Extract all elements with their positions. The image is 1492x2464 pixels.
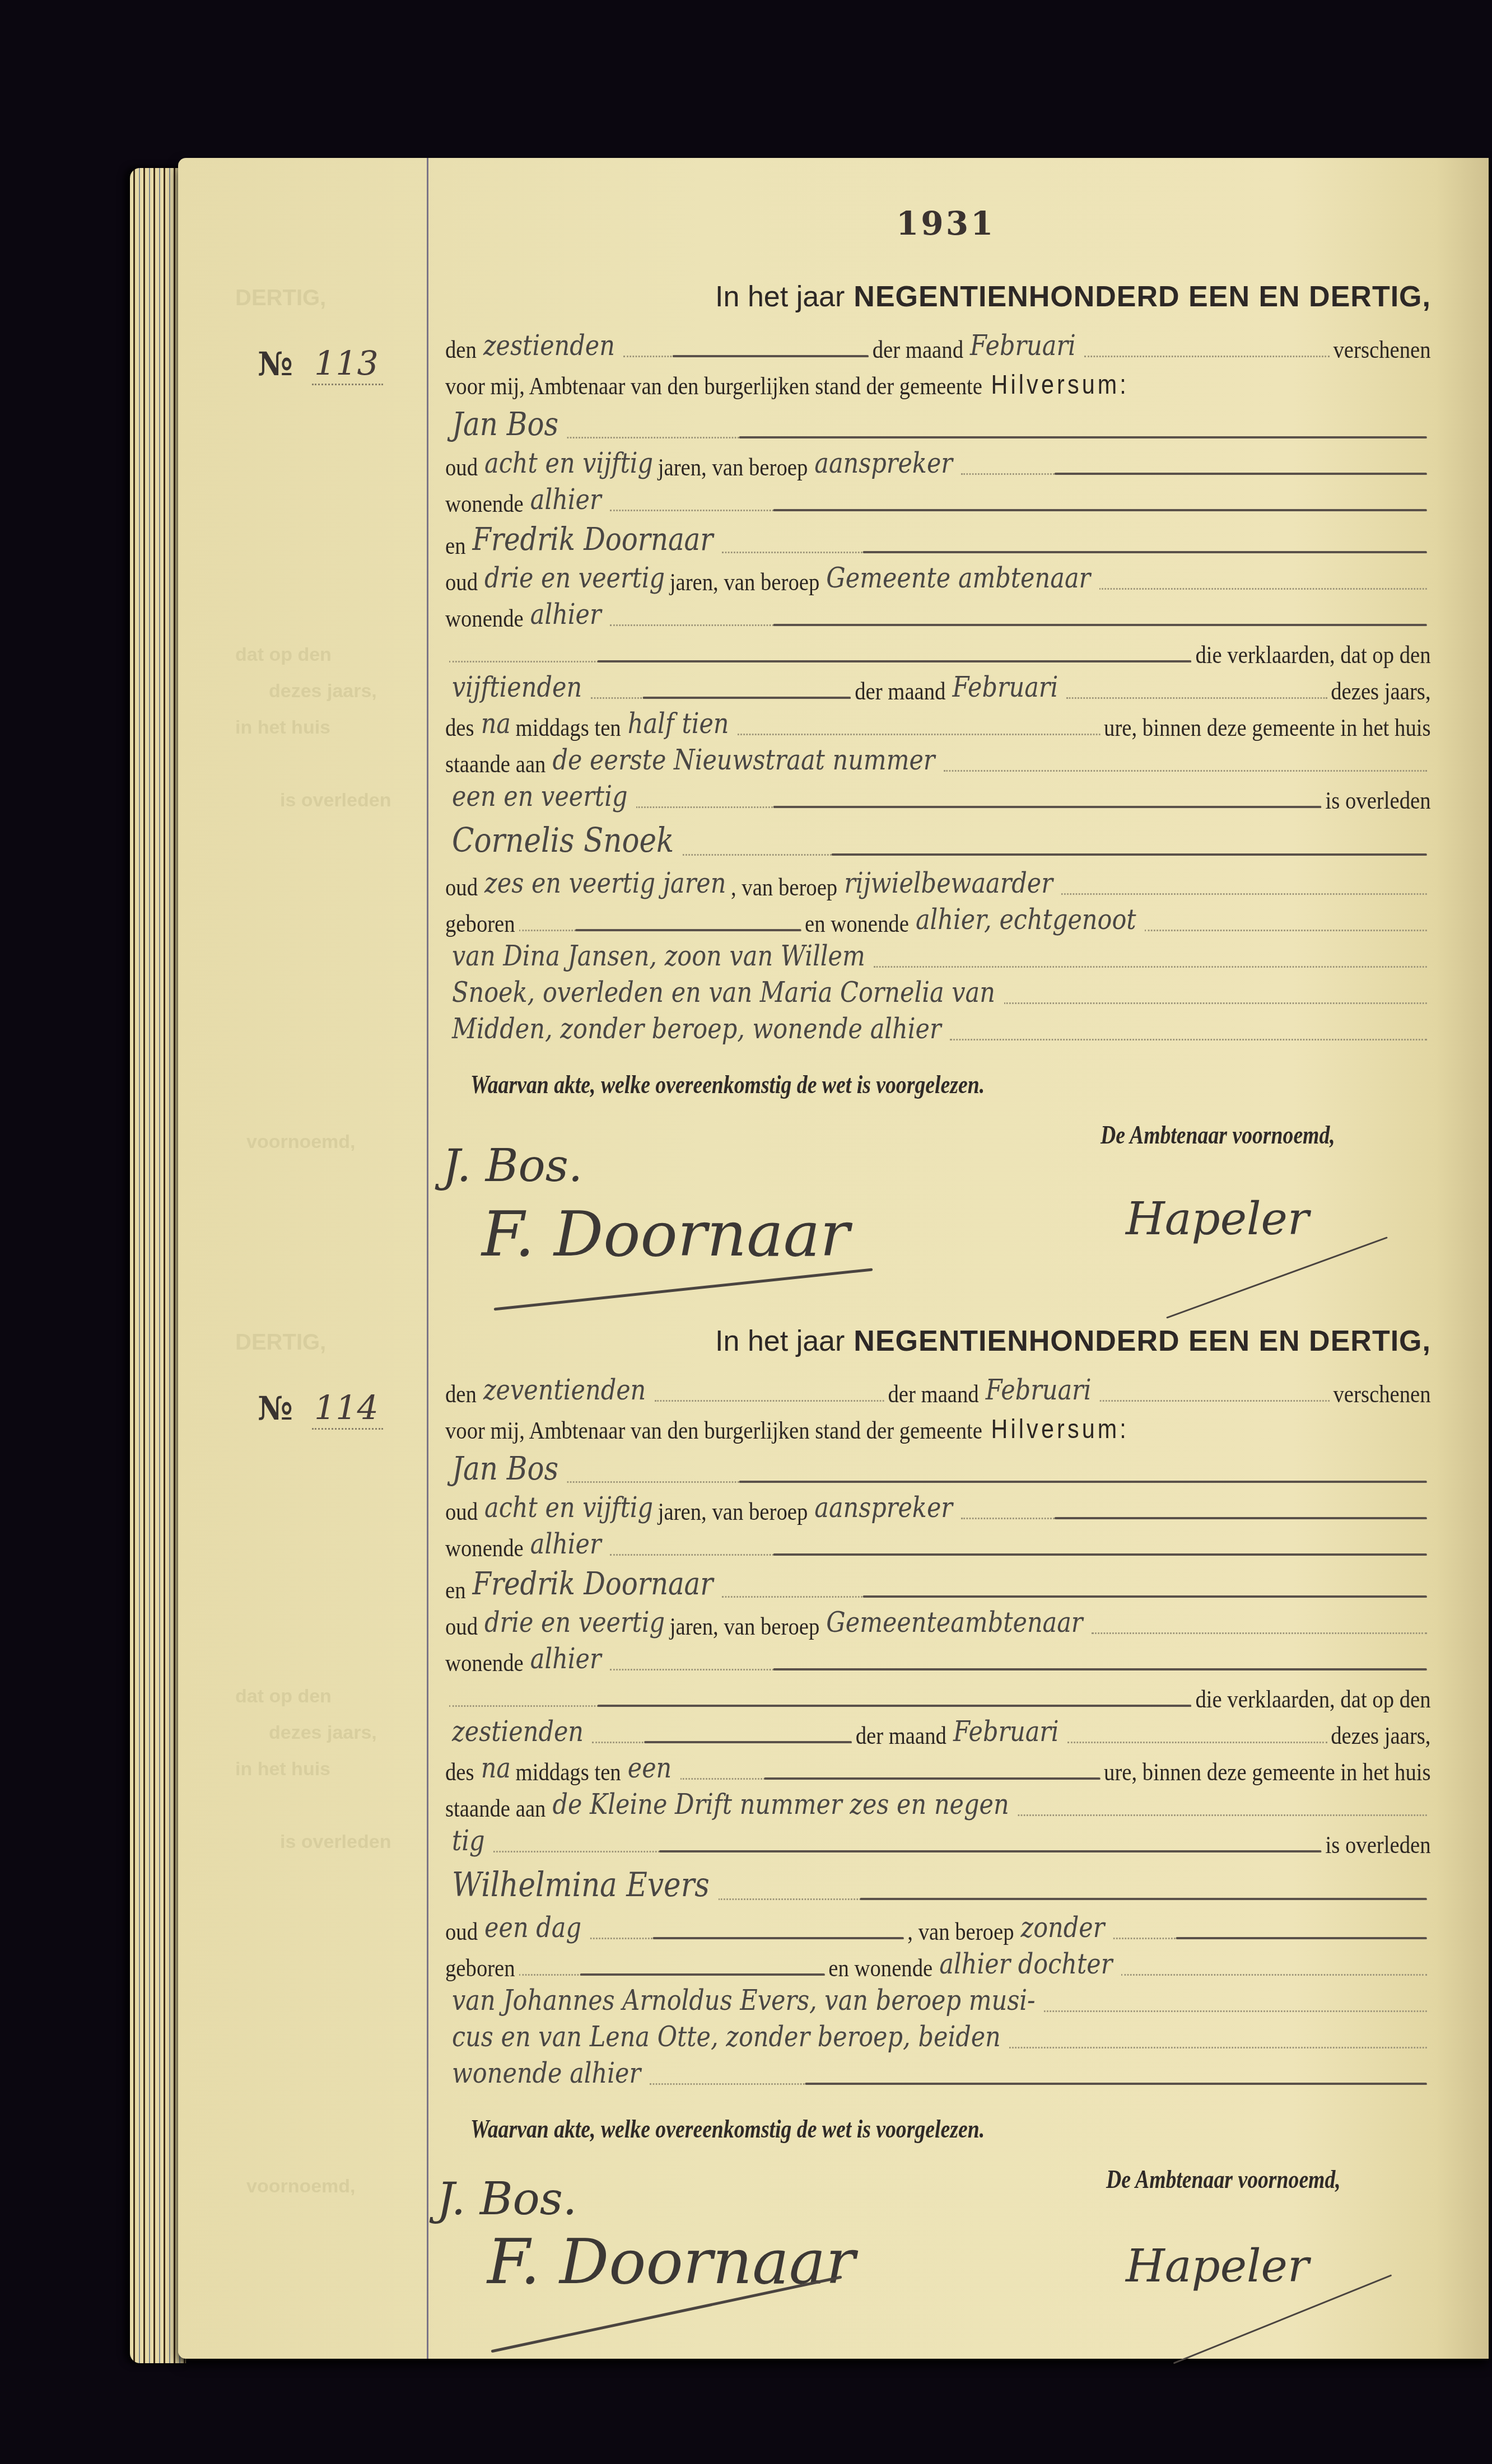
bleed-through-text: dat op den — [235, 644, 332, 666]
bleed-through-text: in het huis — [235, 1758, 330, 1780]
declarant1-residence: alhier — [524, 483, 606, 518]
page-stack-edges — [130, 168, 186, 2363]
fill-line — [610, 1552, 1427, 1556]
municipality: Hilversum: — [991, 370, 1129, 400]
intro-label: In het jaar — [715, 280, 845, 314]
official-label: De Ambtenaar voornoemd, — [1106, 2164, 1341, 2194]
bleed-through-text: voornoemd, — [246, 2176, 356, 2197]
entry-number-value: 113 — [312, 344, 383, 385]
declarant1-residence-line: wonende alhier — [445, 473, 1431, 518]
fill-line — [636, 804, 1322, 808]
year-words: NEGENTIENHONDERD EEN EN DERTIG, — [854, 280, 1431, 314]
year-line: In het jaar NEGENTIENHONDERD EEN EN DERT… — [445, 269, 1431, 314]
label-is-overleden: is overleden — [1326, 786, 1431, 815]
fill-line — [610, 507, 1427, 511]
page-year-header: 1931 — [896, 204, 995, 242]
number-sign: № — [258, 345, 293, 383]
label-is-overleden: is overleden — [1326, 1830, 1431, 1859]
municipality: Hilversum: — [991, 1414, 1129, 1445]
family-note: Midden, zonder beroep, wonende alhier — [445, 1012, 946, 1047]
signature-declarant2-initials: J. Bos. — [437, 2173, 577, 2225]
entry-number: №113 — [258, 344, 383, 384]
fill-line — [683, 852, 1427, 856]
official-label: De Ambtenaar voornoemd, — [1101, 1120, 1335, 1150]
year-words: NEGENTIENHONDERD EEN EN DERTIG, — [854, 1324, 1431, 1358]
entry-number-value: 114 — [312, 1389, 383, 1430]
label-wonende: wonende — [445, 1533, 524, 1562]
bleed-through-text: dezes jaars, — [269, 1722, 377, 1744]
declarant1-residence-line: wonende alhier — [445, 1518, 1431, 1562]
signature-declarant2: F. Doornaar — [482, 1198, 850, 1270]
death-address-continued: tig — [445, 1824, 489, 1859]
closing-statement: Waarvan akte, welke overeenkomstig de we… — [470, 2114, 985, 2144]
deceased-name-line: Cornelis Snoek — [445, 818, 1431, 862]
fill-line — [650, 2081, 1427, 2085]
address-line-2: een en veertig is overleden — [445, 770, 1431, 815]
official-line: voor mij, Ambtenaar van den burgerlijken… — [445, 1400, 1431, 1445]
bleed-through-text: voornoemd, — [246, 1131, 356, 1153]
bleed-through-text: DERTIG, — [235, 1330, 326, 1355]
declarant1-residence: alhier — [524, 1528, 606, 1562]
label-voor-mij: voor mij, Ambtenaar van den burgerlijken… — [445, 371, 982, 400]
notes-line: Midden, zonder beroep, wonende alhier — [445, 1002, 1431, 1047]
death-address-continued: een en veertig — [445, 780, 632, 815]
number-sign: № — [258, 1389, 293, 1427]
label-voor-mij: voor mij, Ambtenaar van den burgerlijken… — [445, 1416, 982, 1445]
bleed-through-text: in het huis — [235, 717, 330, 739]
intro-label: In het jaar — [715, 1324, 845, 1358]
entry-number: №114 — [258, 1389, 383, 1428]
bleed-through-text: DERTIG, — [235, 286, 326, 311]
notes-line: wonende alhier — [445, 2047, 1431, 2092]
address-line-2: tig is overleden — [445, 1814, 1431, 1859]
fill-line — [493, 1849, 1322, 1852]
family-note: wonende alhier — [445, 2057, 646, 2092]
label-wonende: wonende — [445, 489, 524, 518]
deceased-name: Wilhelmina Evers — [445, 1865, 714, 1907]
deceased-name-line: Wilhelmina Evers — [445, 1862, 1431, 1907]
bleed-through-text: dezes jaars, — [269, 680, 377, 702]
signature-official: Hapeler — [1126, 1193, 1309, 1245]
bleed-through-text: is overleden — [280, 1831, 391, 1853]
margin-rule — [427, 158, 428, 2359]
deceased-name: Cornelis Snoek — [445, 821, 679, 862]
bleed-through-text: is overleden — [280, 790, 391, 811]
closing-statement: Waarvan akte, welke overeenkomstig de we… — [470, 1070, 985, 1099]
fill-line — [950, 1037, 1427, 1040]
signature-official: Hapeler — [1126, 2240, 1309, 2292]
bleed-through-text: dat op den — [235, 1686, 332, 1707]
fill-line — [718, 1896, 1426, 1900]
year-line: In het jaar NEGENTIENHONDERD EEN EN DERT… — [445, 1313, 1431, 1358]
signature-declarant1: J. Bos. — [442, 1140, 582, 1192]
official-line: voor mij, Ambtenaar van den burgerlijken… — [445, 356, 1431, 400]
